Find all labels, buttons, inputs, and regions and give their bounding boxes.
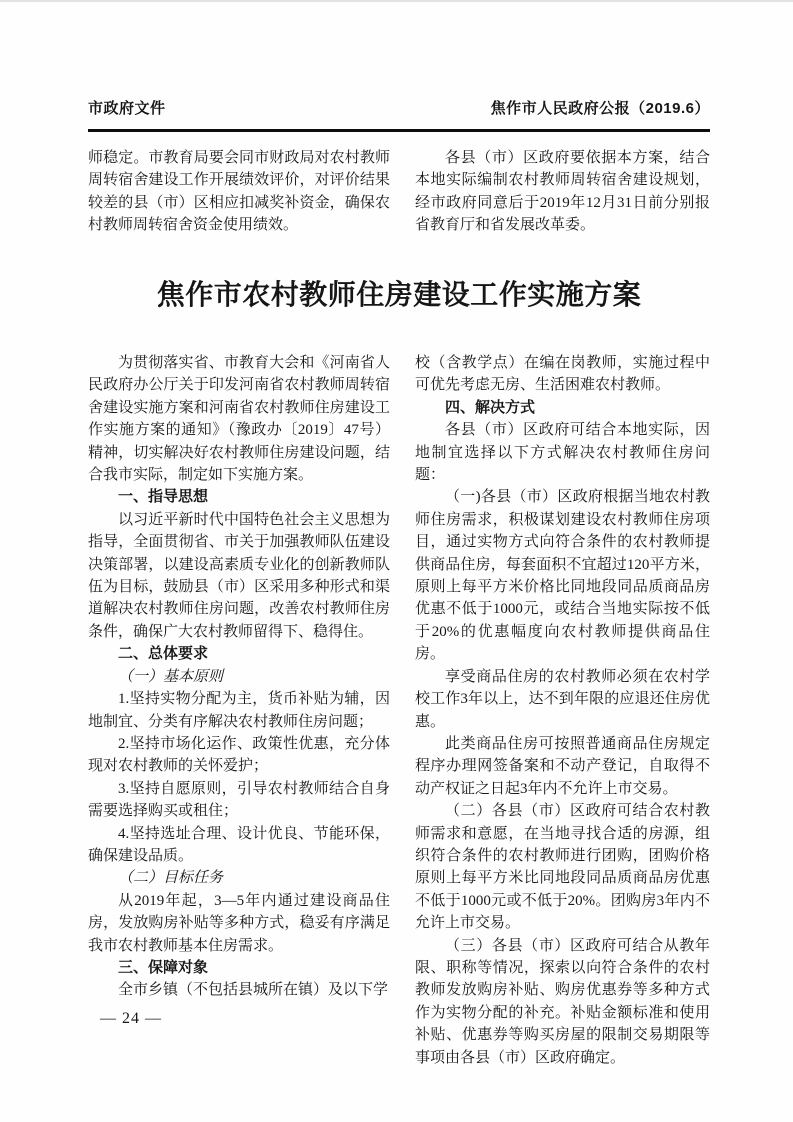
paragraph: 享受商品住房的农村教师必须在农村学校工作3年以上，达不到年限的应退还住房优惠。 (415, 666, 710, 733)
paragraph: （一)各县（市）区政府根据当地农村教师住房需求，积极谋划建设农村教师住房项目，通… (415, 486, 710, 665)
section-heading: 二、总体要求 (88, 643, 390, 665)
paragraph: 全市乡镇（不包括县城所在镇）及以下学 (88, 979, 390, 1001)
continuation-section: 师稳定。市教育局要会同市财政局对农村教师周转宿舍建设工作开展绩效评价，对评价结果… (88, 147, 710, 237)
section-heading: 一、指导思想 (88, 486, 390, 508)
continuation-paragraph: 校（含教学点）在编在岗教师，实施过程中可优先考虑无房、生活困难农村教师。 (415, 352, 710, 397)
page-header: 市政府文件 焦作市人民政府公报（2019.6） (88, 97, 710, 118)
header-rule (88, 129, 710, 132)
paragraph: 为贯彻落实省、市教育大会和《河南省人民政府办公厅关于印发河南省农村教师周转宿舍建… (88, 352, 390, 486)
paragraph: （三）各县（市）区政府可结合从教年限、职称等情况，探索以向符合条件的农村教师发放… (415, 935, 710, 1069)
article-body-section: 为贯彻落实省、市教育大会和《河南省人民政府办公厅关于印发河南省农村教师周转宿舍建… (88, 352, 710, 1069)
continuation-column-right: 各县（市）区政府要依据本方案，结合本地实际编制农村教师周转宿舍建设规划，经市政府… (415, 147, 710, 237)
paragraph: 各县（市）区政府要依据本方案，结合本地实际编制农村教师周转宿舍建设规划，经市政府… (415, 147, 710, 237)
sub-heading: （一）基本原则 (88, 666, 390, 688)
article-body-columns: 为贯彻落实省、市教育大会和《河南省人民政府办公厅关于印发河南省农村教师周转宿舍建… (88, 352, 710, 1069)
continuation-column-left: 师稳定。市教育局要会同市财政局对农村教师周转宿舍建设工作开展绩效评价，对评价结果… (88, 147, 390, 237)
paragraph: 3.坚持自愿原则，引导农村教师结合自身需要选择购买或租住； (88, 778, 390, 823)
header-left-label: 市政府文件 (88, 97, 166, 118)
header-right-label: 焦作市人民政府公报（2019.6） (491, 97, 710, 118)
continuation-paragraph: 师稳定。市教育局要会同市财政局对农村教师周转宿舍建设工作开展绩效评价，对评价结果… (88, 147, 390, 237)
paragraph: 从2019年起，3—5年内通过建设商品住房，发放购房补贴等多种方式，稳妥有序满足… (88, 890, 390, 957)
continuation-columns: 师稳定。市教育局要会同市财政局对农村教师周转宿舍建设工作开展绩效评价，对评价结果… (88, 147, 710, 237)
paragraph: 4.坚持选址合理、设计优良、节能环保，确保建设品质。 (88, 823, 390, 868)
paragraph: 2.坚持市场化运作、政策性优惠，充分体现对农村教师的关怀爱护； (88, 733, 390, 778)
scan-edge-artifact (0, 0, 793, 2)
gazette-page: 市政府文件 焦作市人民政府公报（2019.6） 师稳定。市教育局要会同市财政局对… (0, 0, 793, 1122)
paragraph: 各县（市）区政府可结合本地实际，因地制宜选择以下方式解决农村教师住房问题： (415, 419, 710, 486)
section-heading: 四、解决方式 (415, 397, 710, 419)
article-column-right: 校（含教学点）在编在岗教师，实施过程中可优先考虑无房、生活困难农村教师。四、解决… (415, 352, 710, 1069)
paragraph: 此类商品住房可按照普通商品住房规定程序办理网签备案和不动产登记，自取得不动产权证… (415, 733, 710, 800)
paragraph: 以习近平新时代中国特色社会主义思想为指导，全面贯彻省、市关于加强教师队伍建设决策… (88, 509, 390, 643)
document-title: 焦作市农村教师住房建设工作实施方案 (88, 276, 710, 316)
article-column-left: 为贯彻落实省、市教育大会和《河南省人民政府办公厅关于印发河南省农村教师周转宿舍建… (88, 352, 390, 1069)
paragraph: （二）各县（市）区政府可结合农村教师需求和意愿，在当地寻找合适的房源，组织符合条… (415, 800, 710, 934)
sub-heading: （二）目标任务 (88, 867, 390, 889)
section-heading: 三、保障对象 (88, 957, 390, 979)
page-number: — 24 — (100, 1008, 162, 1030)
paragraph: 1.坚持实物分配为主，货币补贴为辅，因地制宜、分类有序解决农村教师住房问题； (88, 688, 390, 733)
